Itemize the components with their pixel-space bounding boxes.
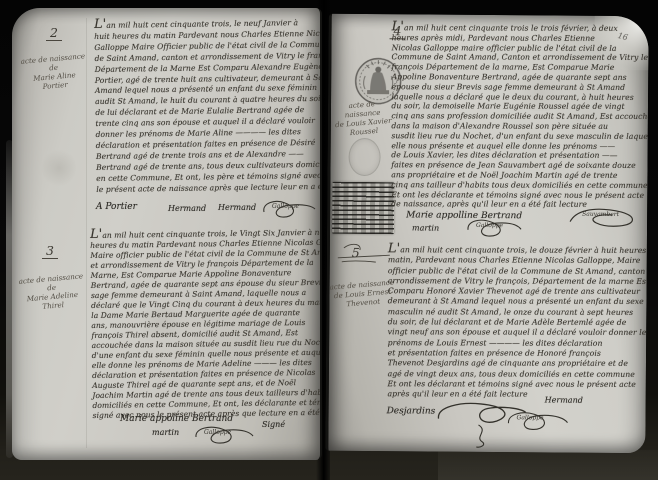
manuscript-line: heures après midi, Pardevant nous Charle…: [392, 33, 644, 43]
signature: martin: [152, 428, 179, 438]
act-number: 2: [46, 26, 62, 41]
act-number: 3: [42, 244, 58, 259]
manuscript-line: vingt neuf ans son épouse et auquel il a…: [388, 328, 642, 339]
manuscript-line: laquelle nous a déclaré que le deux du c…: [391, 92, 643, 102]
register-page-right: 4 16 acte de naissancede Louis XavierRou…: [325, 14, 648, 453]
act-number: 5: [348, 246, 364, 260]
manuscript-line: dans la maison d'Alexandre Roussel son p…: [391, 121, 643, 131]
manuscript-line: matin, Pardevant nous Charles Etienne Ni…: [388, 256, 642, 267]
manuscript-line: Et ont les déclarant et témoins signé av…: [388, 379, 642, 390]
signature-paraphe-galloppe: Galloppe: [504, 407, 570, 440]
manuscript-line: Thevenot Desjardins agé de cinquante ans…: [388, 358, 642, 369]
register-scan: 2 acte de naissancedeMarie AlinePortier …: [0, 0, 658, 480]
faint-embossed-seal: [348, 138, 380, 176]
margin-note: acte de naissancedeMarie AlinePortier: [13, 51, 96, 94]
signature: martin: [412, 223, 439, 233]
manuscript-line: Et ont les déclarante et témoins signé a…: [391, 190, 643, 200]
manuscript-line: demeurant à St Amand lequel nous a prése…: [388, 297, 642, 308]
manuscript-line: et présentation faites en présence de Ho…: [388, 348, 642, 359]
margin-note: acte de naissancede Louis XavierRoussel: [330, 98, 397, 139]
manuscript-line: Appoline Bonaventure Bertrand, agée de q…: [391, 72, 643, 82]
manuscript-line: le présent acte de naissance après que l…: [96, 181, 320, 195]
signature-paraphe-galloppe: Galloppe: [464, 215, 524, 245]
manuscript-line: du soir, la demoiselle Marie Eugénie Rou…: [391, 102, 643, 112]
manuscript-line: officier public de l'état civil de la Co…: [388, 266, 642, 277]
manuscript-line: ans propriétaire et de Noël Joachim Mart…: [391, 170, 643, 180]
manuscript-line: Nicolas Galloppe maire officier public d…: [392, 43, 644, 53]
manuscript-line: cinq ans tailleur d'habits tous deux dom…: [391, 180, 643, 190]
signature: Galloppe: [272, 204, 299, 210]
signature-paraphe-galloppe: Galloppe: [192, 422, 256, 452]
manuscript-line: faites en présence de Jean Sauvambert ag…: [391, 160, 643, 170]
act-body-text: L'an mil huit cent cinquante trois le tr…: [391, 22, 643, 210]
manuscript-line: épouse du sieur Brevis sage femme demeur…: [391, 82, 643, 92]
margin-flourish-strokes: [336, 240, 394, 270]
signature: Hermand: [168, 204, 206, 214]
manuscript-line: prénoms de Louis Ernest ———— les dites d…: [388, 338, 642, 349]
manuscript-line: L'an mil huit cent cinquante trois, le d…: [388, 244, 642, 256]
signature: Galloppe: [204, 430, 231, 436]
signature-paraphe-witness: Sauvambert: [566, 202, 638, 237]
marginal-mention-block: [332, 182, 394, 234]
manuscript-line: Comparu Honoré Xavier Thevenot agé de tr…: [388, 286, 642, 297]
signature: Signé: [262, 420, 285, 430]
manuscript-line: cinq ans sans profession domiciliée audi…: [391, 111, 643, 121]
act-body-text: L'an mil huit cent cinquante trois, le n…: [94, 17, 320, 196]
paper-stain: [42, 148, 76, 188]
act-body-text: L'an mil huit cent cinquante trois, le V…: [90, 227, 321, 421]
signature-paraphe-galloppe: Galloppe: [260, 196, 318, 226]
scan-bed-shadow: [438, 450, 658, 480]
manuscript-line: agé de vingt deux ans, tous deux domicil…: [388, 369, 642, 380]
manuscript-line: de Louis Xavier, les dites déclaration e…: [391, 151, 643, 161]
register-page-left: 2 acte de naissancedeMarie AlinePortier …: [12, 8, 322, 460]
manuscript-line: masculin né audit St Amand, le onze du c…: [388, 307, 642, 318]
manuscript-line: françois Département de la marne, Est Co…: [392, 62, 644, 72]
signature: A Portier: [96, 202, 137, 212]
manuscript-line: arrondissement de Vitry le françois, Dép…: [388, 276, 642, 287]
margin-note: acte de naissancede Louis ErnestThevenot: [329, 277, 397, 309]
act-body-text: L'an mil huit cent cinquante trois, le d…: [388, 244, 642, 400]
manuscript-line: du soir, de lui déclarant et de Marie Ad…: [388, 317, 642, 328]
signature: Hermand: [545, 395, 583, 405]
signature: Hermand: [218, 203, 256, 213]
signature: Galloppe: [476, 223, 503, 229]
signature: Desjardins: [387, 406, 436, 416]
signature: Sauvambert: [582, 212, 619, 218]
manuscript-line: Commune de Saint Amand, Canton et arrond…: [392, 53, 644, 63]
manuscript-line: susdit lieu rue du Nochet, d'un enfant d…: [391, 131, 643, 141]
signature: Galloppe: [517, 415, 544, 421]
manuscript-line: elle nous présente et auquel elle donne …: [391, 141, 643, 151]
manuscript-line: L'an mil huit cent cinquante trois le tr…: [392, 22, 644, 33]
margin-note: acte de naissancedeMarie AdelineThirel: [12, 271, 93, 314]
